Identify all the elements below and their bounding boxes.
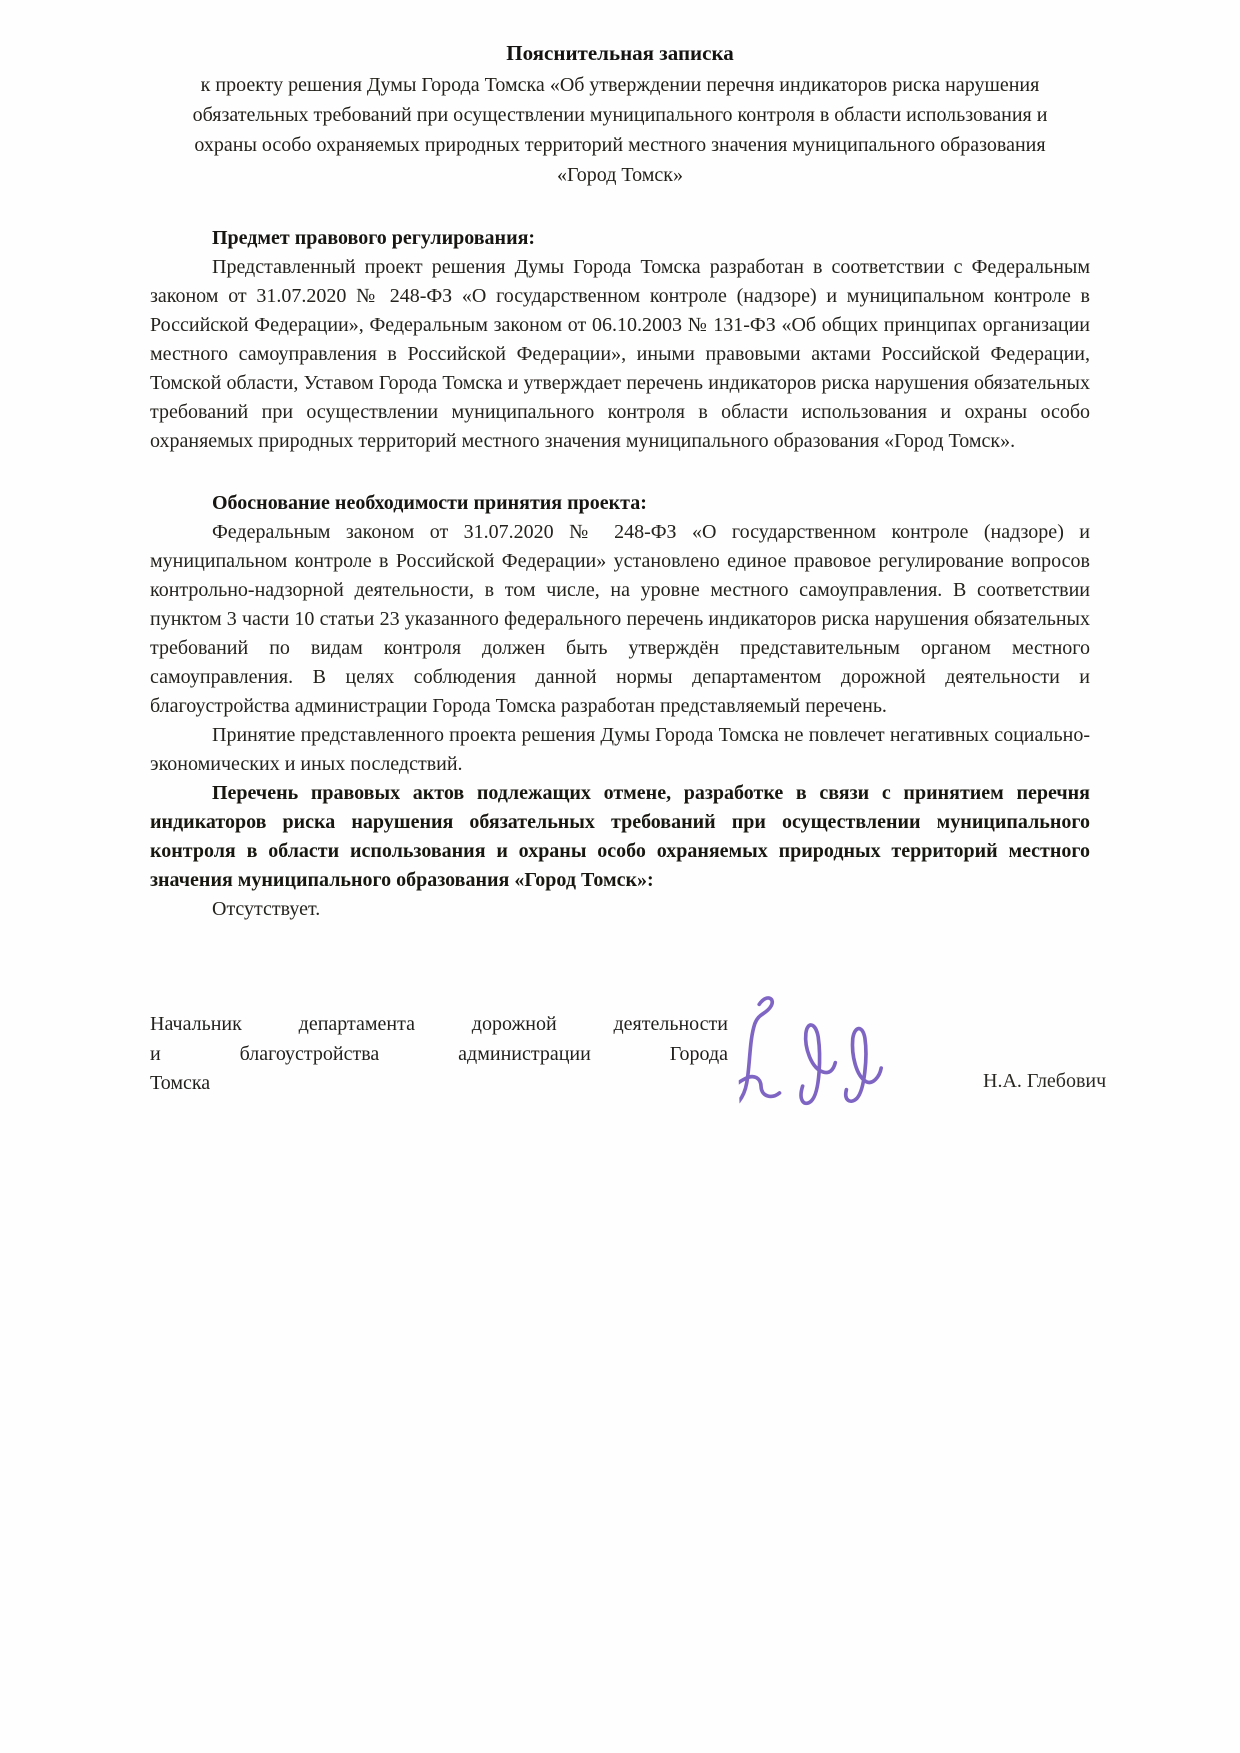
- paragraph-subject-of-regulation: Представленный проект решения Думы Город…: [150, 253, 1090, 456]
- paragraph-acts-to-repeal: Перечень правовых актов подлежащих отмен…: [150, 779, 1090, 895]
- signer-title-line-2: и благоустройства администрации Города: [150, 1040, 728, 1070]
- signer-title: Начальник департамента дорожной деятельн…: [150, 1010, 728, 1099]
- absence-statement: Отсутствует.: [150, 895, 1090, 924]
- scanned-document-page: Пояснительная записка к проекту решения …: [0, 0, 1240, 1753]
- document-subtitle: к проекту решения Думы Города Томска «Об…: [164, 70, 1076, 190]
- section-heading-subject-of-regulation: Предмет правового регулирования:: [150, 224, 1090, 253]
- signature-block: Начальник департамента дорожной деятельн…: [150, 1010, 1090, 1210]
- signer-name: Н.А. Глебович: [983, 1067, 1106, 1096]
- signer-title-line-3: Томска: [150, 1069, 728, 1099]
- paragraph-justification-1: Федеральным законом от 31.07.2020 № 248-…: [150, 518, 1090, 721]
- handwritten-signature-ink: [736, 985, 909, 1133]
- paragraph-justification-2: Принятие представленного проекта решения…: [150, 721, 1090, 779]
- signer-title-line-1: Начальник департамента дорожной деятельн…: [150, 1010, 728, 1040]
- section-heading-justification: Обоснование необходимости принятия проек…: [150, 489, 1090, 518]
- document-body: Пояснительная записка к проекту решения …: [150, 38, 1090, 1210]
- document-title: Пояснительная записка: [150, 38, 1090, 68]
